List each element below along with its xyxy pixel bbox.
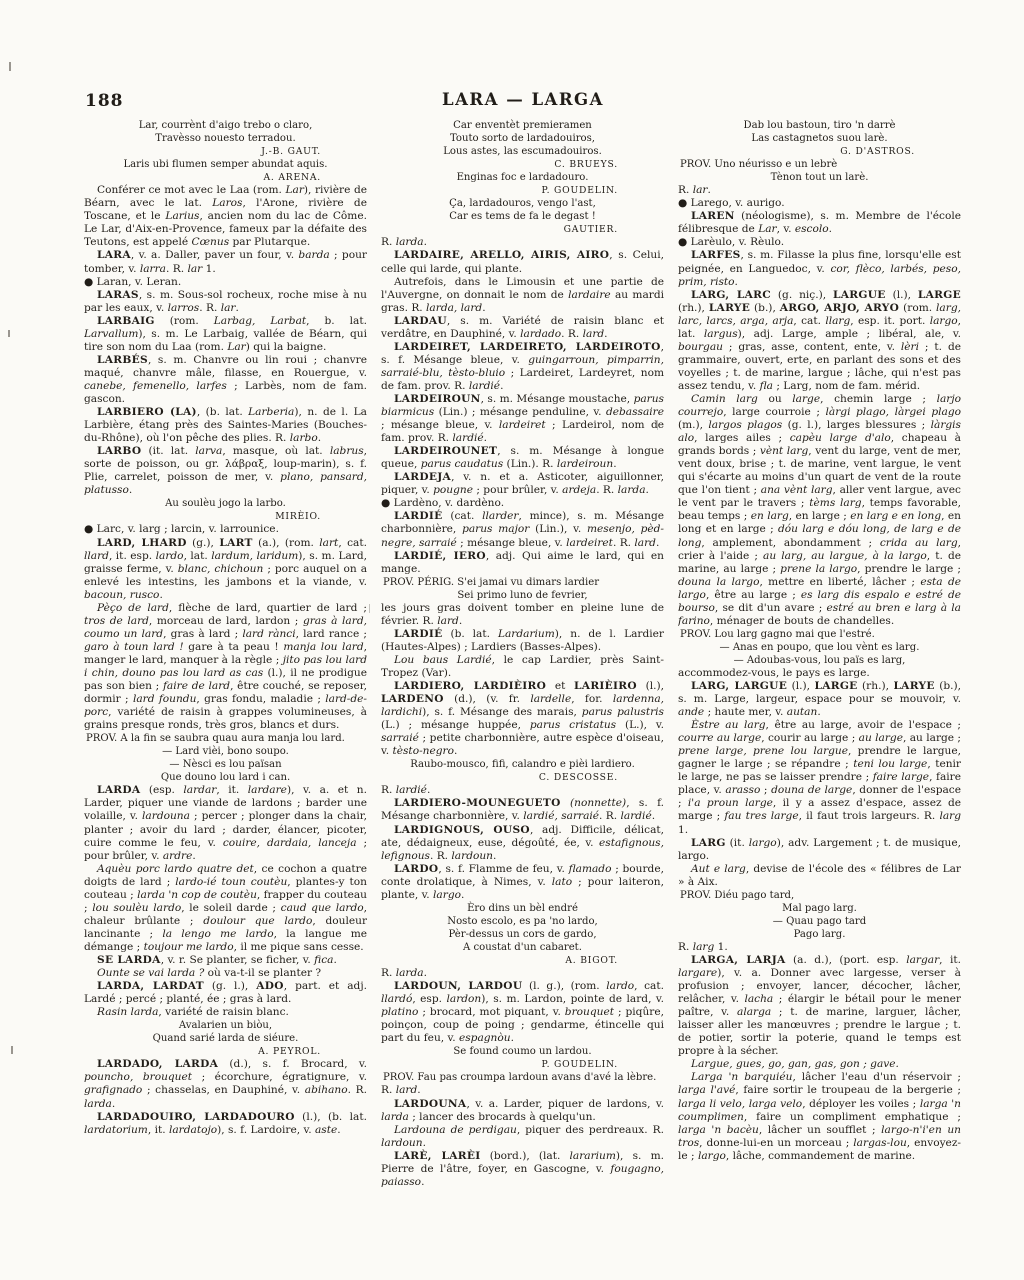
entry-paragraph: LARDIÉ (b. lat. Lardarium), n. de l. Lar… — [381, 628, 664, 654]
entry-paragraph: Ounte se vai larda ? où va-t-il se plant… — [84, 967, 367, 980]
verse-line: Dab lou bastoun, tiro 'n darrè — [678, 119, 961, 132]
attribution: G. D'ASTROS. — [678, 145, 961, 158]
entry-paragraph: LARBÉS, s. m. Chanvre ou lin roui ; chan… — [84, 354, 367, 406]
entry-paragraph: Lou baus Lardié, le cap Lardier, près Sa… — [381, 654, 664, 680]
dictionary-page-scan: 188 LARA — LARGA Lar, courrènt d'aigo tr… — [0, 0, 1024, 1280]
page-header-title: LARA — LARGA — [84, 90, 962, 109]
attribution: A. PEYROL. — [84, 1045, 367, 1058]
entry-paragraph: Larga 'n barquiéu, lâcher l'eau d'un rés… — [678, 1071, 961, 1162]
continuation-paragraph: R. larda. — [381, 236, 664, 249]
attribution: A. ARENA. — [84, 171, 367, 184]
proverb-line: — Nèsci es lou païsan — [84, 758, 367, 771]
entry-paragraph: Rasin larda, variété de raisin blanc. — [84, 1006, 367, 1019]
entry-paragraph: Èstre au larg, être au large, avoir de l… — [678, 719, 961, 836]
verse-line: Car es tems de fa le degast ! — [381, 210, 664, 223]
entry-paragraph: Camin larg ou large, chemin large ; larj… — [678, 393, 961, 628]
proverb-line: Raubo-mousco, fifi, calandro e pièi lard… — [381, 758, 664, 771]
text-columns: Lar, courrènt d'aigo trebo o claro,Travè… — [84, 119, 962, 1249]
continuation-paragraph: R. larg 1. — [678, 941, 961, 954]
page-header: 188 LARA — LARGA — [84, 90, 962, 114]
attribution: MIRÈIO. — [84, 510, 367, 523]
entry-paragraph: LARDA (esp. lardar, it. lardare), v. a. … — [84, 784, 367, 862]
scan-speck — [369, 604, 370, 613]
entry-paragraph: SE LARDA, v. r. Se planter, se ficher, v… — [84, 954, 367, 967]
proverb-line: Sei primo luno de fevrier, — [381, 589, 664, 602]
column-3: Dab lou bastoun, tiro 'n darrèLas castag… — [678, 119, 961, 1249]
scan-speck — [9, 62, 11, 71]
proverb-line: PROV. A la fin se saubra quau aura manja… — [84, 732, 367, 745]
entry-paragraph: LARDADOUIRO, LARDADOURO (l.), (b. lat. l… — [84, 1111, 367, 1137]
verse-line: Travèsso nouesto terradou. — [84, 132, 367, 145]
verse-line: Avalarien un biòu, — [84, 1019, 367, 1032]
proverb-line: Pago larg. — [678, 928, 961, 941]
entry-paragraph: Lardouna de perdigau, piquer des perdrea… — [381, 1124, 664, 1150]
verse-line: Se found coumo un lardou. — [381, 1045, 664, 1058]
entry-paragraph: LARBIERO (LA), (b. lat. Larberia), n. de… — [84, 406, 367, 445]
entry-paragraph: LARAS, s. m. Sous-sol rocheux, roche mis… — [84, 289, 367, 315]
entry-paragraph: LARG, LARGUE (l.), LARGE (rh.), LARYE (b… — [678, 680, 961, 719]
verse-line: A coustat d'un cabaret. — [381, 941, 664, 954]
entry-paragraph: LARDIÉ (cat. llarder, mince), s. m. Mésa… — [381, 510, 664, 549]
entry-paragraph: Aquèu porc lardo quatre det, ce cochon a… — [84, 863, 367, 954]
entry-paragraph: LARDAU, s. m. Variété de raisin blanc et… — [381, 315, 664, 341]
entry-paragraph: LARFES, s. m. Filasse la plus fine, lors… — [678, 249, 961, 288]
entry-paragraph: LARDEIROUN, s. m. Mésange moustache, par… — [381, 393, 664, 445]
entry-paragraph: LARBAIG (rom. Larbag, Larbat, b. lat. La… — [84, 315, 367, 354]
entry-paragraph: LARDO, s. f. Flamme de feu, v. flamado ;… — [381, 863, 664, 902]
entry-paragraph: LAREN (néologisme), s. m. Membre de l'éc… — [678, 210, 961, 236]
verse-line: Car enventèt premieramen — [381, 119, 664, 132]
cross-reference-line: ● Laran, v. Leran. — [84, 276, 367, 289]
column-2: Car enventèt premieramenTouto sorto de l… — [381, 119, 664, 1249]
attribution: P. GOUDELIN. — [381, 184, 664, 197]
attribution: GAUTIER. — [381, 223, 664, 236]
scan-speck — [11, 1046, 13, 1054]
entry-paragraph: LARDAIRE, ARELLO, AIRIS, AIRO, s. Celui,… — [381, 249, 664, 275]
entry-paragraph: LARG (it. largo), adv. Largement ; t. de… — [678, 837, 961, 863]
entry-paragraph: Conférer ce mot avec le Laa (rom. Lar), … — [84, 184, 367, 249]
cross-reference-line: ● Lardèno, v. dardèno. — [381, 497, 664, 510]
column-1: Lar, courrènt d'aigo trebo o claro,Travè… — [84, 119, 367, 1249]
scan-speck — [8, 330, 10, 337]
verse-line: Au soulèu jogo la larbo. — [84, 497, 367, 510]
entry-paragraph: LARDA, LARDAT (g. l.), ADO, part. et adj… — [84, 980, 367, 1006]
entry-paragraph: LARDEIRET, LARDEIRETO, LARDEIROTO, s. f.… — [381, 341, 664, 393]
verse-line: Pèr-dessus un cors de gardo, — [381, 928, 664, 941]
continuation-paragraph: R. larda. — [381, 967, 664, 980]
proverb-line: Tènon tout un larè. — [678, 171, 961, 184]
proverb-line: PROV. Lou larg gagno mai que l'estré. — [678, 628, 961, 641]
proverb-line: Mal pago larg. — [678, 902, 961, 915]
entry-paragraph: LARDIÉ, IERO, adj. Qui aime le lard, qui… — [381, 550, 664, 576]
continuation-paragraph: les jours gras doivent tomber en pleine … — [381, 602, 664, 628]
attribution: C. BRUEYS. — [381, 158, 664, 171]
entry-paragraph: LARDIERO-MOUNEGUETO (nonnette), s. f. Mé… — [381, 797, 664, 823]
entry-paragraph: Aut e larg, devise de l'école des « féli… — [678, 863, 961, 889]
verse-line: Touto sorto de lardadouiros, — [381, 132, 664, 145]
entry-paragraph: LARDADO, LARDA (d.), s. f. Brocard, v. p… — [84, 1058, 367, 1110]
entry-paragraph: LARDEIROUNET, s. m. Mésange à longue que… — [381, 445, 664, 471]
cross-reference-line: ● Larèulo, v. Rèulo. — [678, 236, 961, 249]
proverb-line: — Adoubas-vous, lou païs es larg, — [678, 654, 961, 667]
entry-paragraph: Autrefois, dans le Limousin et une parti… — [381, 276, 664, 315]
continuation-paragraph: accommodez-vous, le pays es large. — [678, 667, 961, 680]
attribution: P. GOUDELIN. — [381, 1058, 664, 1071]
proverb-line: PROV. Diéu pago tard, — [678, 889, 961, 902]
cross-reference-line: ● Larc, v. larg ; larcin, v. larrounice. — [84, 523, 367, 536]
cross-reference-line: ● Larego, v. aurigo. — [678, 197, 961, 210]
proverb-line: PROV. PÉRIG. S'ei jamai vu dimars lardie… — [381, 576, 664, 589]
proverb-line: — Lard vièi, bono soupo. — [84, 745, 367, 758]
entry-paragraph: LARDOUN, LARDOU (l. g.), (rom. lardo, ca… — [381, 980, 664, 1045]
entry-paragraph: LARDIERO, LARDIÈIRO et LARIÈIRO (l.), LA… — [381, 680, 664, 758]
continuation-paragraph: R. lardié. — [381, 784, 664, 797]
verse-line: Èro dins un bèl endré — [381, 902, 664, 915]
verse-line: Lous astes, las escumadouiros. — [381, 145, 664, 158]
verse-line: Quand sarié larda de siéure. — [84, 1032, 367, 1045]
entry-paragraph: LARD, LHARD (g.), LART (a.), (rom. lart,… — [84, 537, 367, 602]
verse-line: Lar, courrènt d'aigo trebo o claro, — [84, 119, 367, 132]
entry-paragraph: LARBO (it. lat. larva, masque, où lat. l… — [84, 445, 367, 497]
proverb-line: PROV. Fau pas croumpa lardoun avans d'av… — [381, 1071, 664, 1084]
continuation-paragraph: R. lar. — [678, 184, 961, 197]
verse-line: Ça, lardadouros, vengo l'ast, — [381, 197, 664, 210]
entry-paragraph: LARA, v. a. Daller, paver un four, v. ba… — [84, 249, 367, 275]
entry-paragraph: Pèço de lard, flèche de lard, quartier d… — [84, 602, 367, 732]
attribution: J.-B. GAUT. — [84, 145, 367, 158]
verse-line: Nosto escolo, es pa 'no lardo, — [381, 915, 664, 928]
verse-line: Las castagnetos suou larè. — [678, 132, 961, 145]
proverb-line: — Quau pago tard — [678, 915, 961, 928]
verse-line: Enginas foc e lardadouro. — [381, 171, 664, 184]
entry-paragraph: LARÈ, LARÈI (bord.), (lat. lararium), s.… — [381, 1150, 664, 1189]
verse-line: Laris ubi flumen semper abundat aquis. — [84, 158, 367, 171]
entry-paragraph: LARDIGNOUS, OUSO, adj. Difficile, délica… — [381, 824, 664, 863]
proverb-line: PROV. Uno néurisso e un lebrè — [678, 158, 961, 171]
proverb-line: Que douno lou lard i can. — [84, 771, 367, 784]
entry-paragraph: LARDEJA, v. n. et a. Asticoter, aiguillo… — [381, 471, 664, 497]
entry-paragraph: LARG, LARC (g. niç.), LARGUE (l.), LARGE… — [678, 289, 961, 393]
continuation-paragraph: R. lard. — [381, 1084, 664, 1097]
scan-speck — [657, 420, 658, 430]
attribution: C. DESCOSSE. — [381, 771, 664, 784]
entry-paragraph: LARGA, LARJA (a. d.), (port. esp. largar… — [678, 954, 961, 1058]
entry-paragraph: LARDOUNA, v. a. Larder, piquer de lardon… — [381, 1098, 664, 1124]
attribution: A. BIGOT. — [381, 954, 664, 967]
proverb-line: — Anas en poupo, que lou vènt es larg. — [678, 641, 961, 654]
entry-paragraph: Largue, gues, go, gan, gas, gon ; gave. — [678, 1058, 961, 1071]
